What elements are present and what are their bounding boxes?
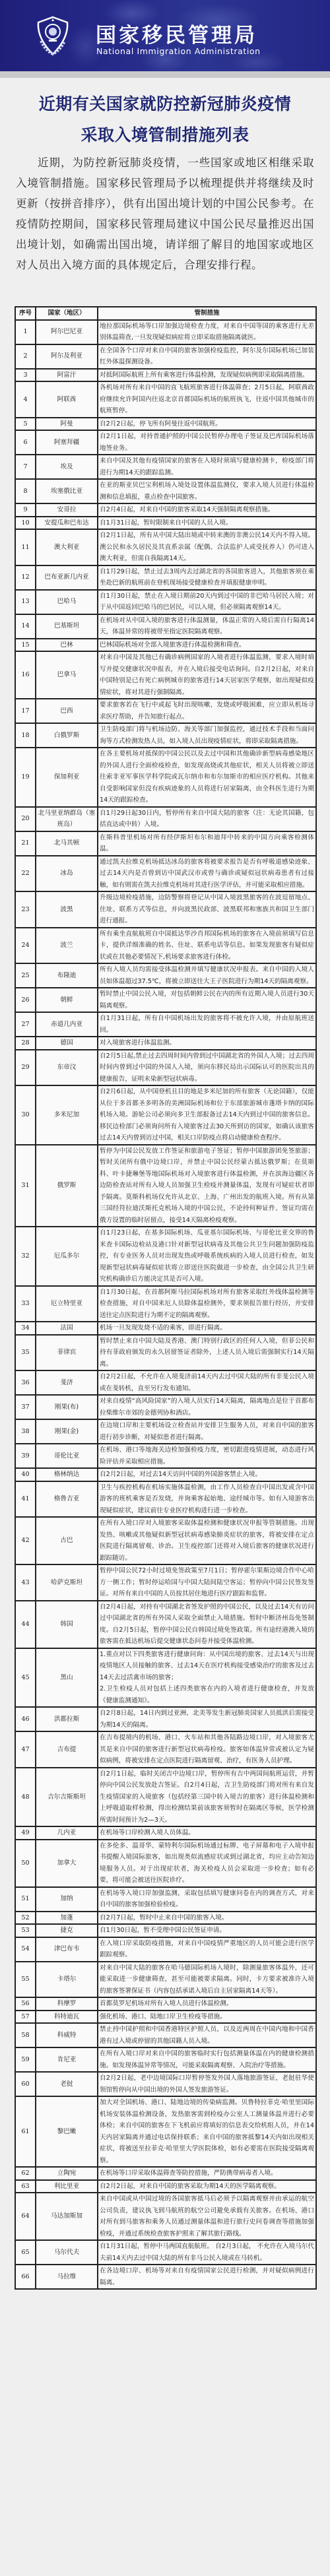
row-number: 32 [15,1227,36,1286]
row-country: 东帝汶 [36,1050,98,1086]
row-number: 6 [15,430,36,455]
row-country: 多米尼加 [36,1085,98,1145]
entry-measures-table: 序号 国家（地区） 管制措施 1阿尔巴尼亚地拉那国际机场等口岸加强边境检查力度，… [15,306,317,2290]
table-row: 46洪都拉斯自2月8日起，14日内到过亚洲、北美等发生新冠肺炎国家人员抵洪后需接… [15,1707,316,1731]
table-row: 4阿联酋各机场对所有来自中国的直飞航班旅客进行体温筛查；2月5日起，阿联酋政府继… [15,381,316,418]
table-row: 47吉布提在吉布提境内的机场、港口、火车站和其他各陆路边境口岸，对入境旅客尤其是… [15,1731,316,1768]
row-country: 科摩罗 [36,1997,98,2011]
row-country: 马尔代夫 [36,2240,98,2265]
table-row: 38刚果(金)在边境口岸和主要机场设立检查站并安排卫生服务人员，对来自中国的旅客… [15,1419,316,1444]
row-country: 厄立特里亚 [36,1286,98,1322]
row-measure: 自2月4日起，对持有中国湖北省签发护照的中国公民，以及过去14天有访问过中国湖北… [98,1601,316,1648]
table-row: 24波兰所有乘坐直航航班自中国抵达华沙肖邦国际机场的旅客在入境前须填写信息卡，提… [15,928,316,964]
row-measure: 在吉布提境内的机场、港口、火车站和其他各陆路边境口岸，对入境旅客尤其是来自中国的… [98,1731,316,1768]
row-country: 俄罗斯 [36,1145,98,1227]
row-measure: 自2月2日起，不允许在入境斐济前14天内去过中国大陆的所有非斐公民入境或在斐转机… [98,1370,316,1395]
header-country: 国家（地区） [36,307,98,320]
row-country: 安哥拉 [36,503,98,517]
row-number: 50 [15,1840,36,1887]
table-row: 33厄立特里亚自1月30日起，在首都阿斯马拉国际机场对所有旅客采取红外线体温检测… [15,1286,316,1322]
table-row: 10安提瓜和巴布达自1月31日起，暂时限制来自中国的人员入境。 [15,517,316,530]
row-country: 刚果(金) [36,1419,98,1444]
row-measure: 自1月30日起，禁止在入境日期前20天内到过中国的非巴哈马居民入境；对于从中国返… [98,590,316,614]
row-country: 科特迪瓦 [36,2011,98,2024]
row-measure: 暂时禁止中国公民入境，对包括朝鲜公民在内的所有近期入境人员进行30天隔离观察。 [98,988,316,1012]
row-measure: 来自中国及其他有疫情国家的旅客在入境时须填写健康检测卡，检疫部门将进行为期14天… [98,455,316,479]
row-measure: 自2月1日起，临时关闭吉中边境口岸，暂停所有吉中两国间航班运营，并暂停向中国公民… [98,1768,316,1827]
row-number: 2 [15,344,36,369]
row-measure: 自2月8日起，14日内到过亚洲、北美等发生新冠肺炎国家人员抵洪后需接受为期14天… [98,1707,316,1731]
row-measure: 所有入境人员均需接受体温检测并填写健康状况申报表。来自中国的入境人员如体温超过3… [98,963,316,988]
table-row: 48吉尔吉斯斯坦自2月1日起，临时关闭吉中边境口岸，暂停所有吉中两国间航班运营，… [15,1768,316,1827]
row-number: 10 [15,517,36,530]
table-row: 40格林纳达自2月2日起，对过去14天访问中国的外国游客禁止入境。 [15,1468,316,1481]
row-number: 27 [15,1012,36,1037]
table-row: 32厄瓜多尔自1月23日起，在基多国际机场、瓜亚基尔国际机场、与哥伦比亚交界的鲁… [15,1227,316,1286]
row-measure: 机场一旦发现发烧不适的乘客，即进行隔离。 [98,1322,316,1335]
row-measure: 对来自中国及其他已有确诊病例国家的入境者进行体温监测，要求入境时填写并提交健康状… [98,651,316,699]
row-number: 16 [15,651,36,699]
table-row: 37刚果(布)对来自疫情“高风险国家”的入境人员实行14天隔离，隔离地点是位于首… [15,1395,316,1419]
table-row: 35菲律宾暂时禁止来自中国大陆及香港、澳门特别行政区的任何人入境，但菲公民和持有… [15,1335,316,1371]
row-country: 古巴 [36,1517,98,1564]
row-number: 49 [15,1826,36,1840]
row-number: 66 [15,2265,36,2289]
row-country: 立陶宛 [36,2167,98,2180]
row-country: 巴拿马 [36,651,98,699]
header-banner: 国家移民管理局 National Immigration Administrat… [0,0,330,71]
row-country: 巴西 [36,699,98,723]
row-number: 11 [15,529,36,565]
row-country: 巴基斯坦 [36,614,98,639]
row-measure: 在机场、港口等地海关边检加强检疫力度，密切跟进疫情进展，动态进行风险评估并采取相… [98,1444,316,1468]
table-row: 66马拉维在各边境口岸、机场等对来自有疫情国家公民进行检测，并对疑似病例进行隔离… [15,2265,316,2289]
row-measure: 在所有入境口岸对来自中国的旅客临时实行包括测量体温在内的健康检测措施。如发现体温… [98,2047,316,2072]
table-row: 27赤道几内亚自1月31日起，所有自中国机场出发的旅客将不被允许入境，并由原航班… [15,1012,316,1037]
table-row: 56科摩罗首都莫罗尼机场对所有入境人员进行体温检测。 [15,1997,316,2011]
row-measure: 自1月30日起，暂不受理中国公民签证申请。 [98,1924,316,1937]
table-row: 7埃及来自中国及其他有疫情国家的旅客在入境时须填写健康检测卡，检疫部门将进行为期… [15,455,316,479]
row-number: 51 [15,1887,36,1912]
row-country: 埃及 [36,455,98,479]
row-number: 44 [15,1601,36,1648]
table-row: 19保加利亚在各主要机场对抵保的中国公民以及去过中国和其他确诊新型病毒感染地区的… [15,748,316,807]
row-number: 25 [15,963,36,988]
table-row: 16巴拿马对来自中国及其他已有确诊病例国家的入境者进行体温监测，要求入境时填写并… [15,651,316,699]
row-country: 加纳 [36,1887,98,1912]
row-country: 刚果(布) [36,1395,98,1419]
table-row: 20北马里亚纳群岛（塞班岛）自1月29日起30日内，暂停所有来自中国大陆的旅客（… [15,807,316,831]
row-measure: 自1月29日起30日内，暂停所有来自中国大陆的旅客（注：无论其国籍，包括直达或中… [98,807,316,831]
row-number: 15 [15,639,36,652]
row-number: 46 [15,1707,36,1731]
row-country: 马达加斯加 [36,2193,98,2240]
row-country: 黑山 [36,1648,98,1708]
table-row: 18白俄罗斯卫生防疫部门将与机场边防、海关等部门加强监控，通过技术手段和当面问询… [15,723,316,748]
row-measure: 对抵阿国际航班上所有乘客进行体温检测，发现疑似病例即采取隔离措施。 [98,369,316,382]
table-row: 63利比里亚自2月2日起，对来自中国的旅客采取为期14天的医学隔离观察。 [15,2180,316,2193]
row-number: 8 [15,479,36,503]
row-country: 北马其顿 [36,831,98,856]
row-number: 9 [15,503,36,517]
table-row: 58科威特禁止持中国护照和中国香港特区护照人员，以及近两周在中国内地和中国香港有… [15,2023,316,2047]
row-measure: 来自中国或从中国过境的各国旅客抵马后必须予以隔离观察并由承运的航空公司负责，建议… [98,2193,316,2240]
row-measure: 暂停为中国公民发放工作签证和旅游电子签证；暂停中国旅游团免签旅游；暂时关闭所有俄… [98,1145,316,1227]
table-row: 2阿尔及利亚在全国各个口岸对来自中国的旅客加强检疫监控，阿尔及尔国际机场已加装红… [15,344,316,369]
row-measure: 所有乘坐直航航班自中国抵达华沙肖邦国际机场的旅客在入境前须填写信息卡，提供详细准… [98,928,316,964]
row-number: 22 [15,856,36,892]
row-number: 5 [15,418,36,431]
row-number: 41 [15,1481,36,1518]
table-row: 3阿富汗对抵阿国际航班上所有乘客进行体温检测，发现疑似病例即采取隔离措施。 [15,369,316,382]
row-measure: 在边境口岸和主要机场设立检查站并安排卫生服务人员，对来自中国的旅客进行初步诊断，… [98,1419,316,1444]
row-number: 60 [15,2072,36,2096]
row-number: 65 [15,2240,36,2265]
row-measure: 对入境旅客进行体温监测。 [98,1037,316,1050]
row-country: 阿曼 [36,418,98,431]
table-row: 64马达加斯加来自中国或从中国过境的各国旅客抵马后必须予以隔离观察并由承运的航空… [15,2193,316,2240]
row-measure: 在各边境口岸、机场等对来自有疫情国家公民进行检测，并对疑似病例进行隔离。 [98,2265,316,2289]
table-row: 5阿曼自2月2日起，停飞所有阿曼往返中国航班。 [15,418,316,431]
row-number: 21 [15,831,36,856]
row-number: 53 [15,1924,36,1937]
row-country: 阿塞拜疆 [36,430,98,455]
row-number: 20 [15,807,36,831]
row-measure: 通过凯夫拉维克机场抵达冰岛的旅客将被要求报告是否有呼吸道感染迹象、过去14天内是… [98,856,316,892]
table-row: 50加拿大在多伦多、温哥华、蒙特利尔国际机场通过标牌、电子屏幕和电子入境申报书提… [15,1840,316,1887]
row-measure: 自1月31日起，所有自中国机场出发的旅客将不被允许入境，并由原航班送回。 [98,1012,316,1037]
row-number: 61 [15,2096,36,2167]
table-row: 65马尔代夫自1月31日起，暂停中马两国直航航班。 自2月3日起， 不允许在入境… [15,2240,316,2265]
row-country: 菲律宾 [36,1335,98,1371]
row-country: 波兰 [36,928,98,964]
row-country: 冰岛 [36,856,98,892]
row-country: 格鲁吉亚 [36,1481,98,1518]
row-country: 巴布亚新几内亚 [36,565,98,590]
row-number: 39 [15,1444,36,1468]
row-measure: 加大对全国机场、港口、陆地边境的传染病监测。贝鲁特拉菲克·哈里里国际机场安装体温… [98,2096,316,2167]
row-country: 卡塔尔 [36,1962,98,1998]
row-country: 吉尔吉斯斯坦 [36,1768,98,1827]
row-measure: 自2月1日起，所有从中国大陆出境或中转来澳的非澳公民14天内不得入境。澳公民和永… [98,529,316,565]
row-country: 科威特 [36,2023,98,2047]
row-number: 45 [15,1648,36,1708]
agency-name-english: National Immigration Administration [96,46,261,56]
table-row: 60老挝自2月2日起，老中边境国际口岸暂停签发外国人落地旅游签证，老挝驻华使领馆… [15,2072,316,2096]
table-row: 49几内亚在机场等口岸检测入境人员体温。 [15,1826,316,1840]
table-row: 15巴林巴林国际机场对全部入境旅客进行体温检测和筛查。 [15,639,316,652]
row-measure: 自1月23日起，在基多国际机场、瓜亚基尔国际机场、与哥伦比亚交界的鲁米查卡国际边… [98,1227,316,1286]
row-measure: 在机场等口岸检测入境人员体温。 [98,1826,316,1840]
row-number: 62 [15,2167,36,2180]
row-number: 17 [15,699,36,723]
row-country: 老挝 [36,2072,98,2096]
table-row: 23波黑升级边境检疫措施，边防警察将登记从中国入境波黑旅客的在波逗留地点、住址、… [15,891,316,928]
header-measure: 管制措施 [98,307,316,320]
row-measure: 在入境口岸采取防疫措施，对来自中国疫情严重地区的人员可能会进行医学跟踪观察。 [98,1937,316,1962]
row-country: 德国 [36,1037,98,1050]
table-row: 9安哥拉自2月4日起，对来自中国的旅客采取14天强制隔离观察措施。 [15,503,316,517]
row-measure: 自1月31日起，暂时限制来自中国的人员入境。 [98,517,316,530]
row-number: 12 [15,565,36,590]
header-no: 序号 [15,307,36,320]
row-number: 52 [15,1912,36,1925]
row-measure: 首都莫罗尼机场对所有入境人员进行体温检测。 [98,1997,316,2011]
row-measure: 对来自中国大陆的旅客在哈马德国际机场入境时，除测量旅客体温外，还可能采取进一步健… [98,1962,316,1998]
row-country: 安提瓜和巴布达 [36,517,98,530]
row-measure: 自2月2日起，停飞所有阿曼往返中国航班。 [98,418,316,431]
row-number: 48 [15,1768,36,1827]
table-row: 14巴基斯坦在机场对从中国入境的旅客进行体温测量，体温正常的入境后需自行隔离14… [15,614,316,639]
row-measure: 在斯科普里机场对所有经伊斯坦布尔和迪拜中转来的中国方向乘客检测体温。 [98,831,316,856]
row-number: 47 [15,1731,36,1768]
page-title-line-1: 近期有关国家就防控新冠肺炎疫情 [0,96,330,112]
table-row: 12巴布亚新几内亚自1月29日起，禁止过去3周内去过湖北省的各国旅客进入，其他旅… [15,565,316,590]
row-measure: 自1月31日起，暂停中马两国直航航班。 自2月3日起， 不允许在入境马尔代夫前1… [98,2240,316,2265]
row-number: 35 [15,1335,36,1371]
row-country: 马拉维 [36,2265,98,2289]
row-number: 26 [15,988,36,1012]
row-measure: 暂停中国公民72小时过境免签政策至7月1日；暂停霍尔果斯边境合作中心哈方一侧工作… [98,1564,316,1601]
table-row: 42古巴在所有入境口岸对入境旅客采取体温检测和健康状况申报等管制措施。出现发热、… [15,1517,316,1564]
row-number: 56 [15,1997,36,2011]
row-number: 33 [15,1286,36,1322]
table-row: 53捷克自1月30日起，暂不受理中国公民签证申请。 [15,1924,316,1937]
table-row: 43哈萨克斯坦暂停中国公民72小时过境免签政策至7月1日；暂停霍尔果斯边境合作中… [15,1564,316,1601]
table-row: 21北马其顿在斯科普里机场对所有经伊斯坦布尔和迪拜中转来的中国方向乘客检测体温。 [15,831,316,856]
row-country: 巴林 [36,639,98,652]
row-measure: 自2月2日起，对过去14天访问中国的外国游客禁止入境。 [98,1468,316,1481]
page-title-line-2: 采取入境管制措施列表 [0,127,330,143]
table-row: 39哥伦比亚在机场、港口等地海关边检加强检疫力度，密切跟进疫情进展，动态进行风险… [15,1444,316,1468]
row-country: 格林纳达 [36,1468,98,1481]
row-country: 阿尔及利亚 [36,344,98,369]
row-number: 57 [15,2011,36,2024]
row-measure: 在所有入境口岸对入境旅客采取体温检测和健康状况申报等管制措施。出现发热、咳嗽或其… [98,1517,316,1564]
row-measure: 在各主要机场对抵保的中国公民以及去过中国和其他确诊新型病毒感染地区的外国人进行全… [98,748,316,807]
table-row: 31俄罗斯暂停为中国公民发放工作签证和旅游电子签证；暂停中国旅游团免签旅游；暂时… [15,1145,316,1227]
row-number: 18 [15,723,36,748]
row-country: 朝鲜 [36,988,98,1012]
row-country: 利比里亚 [36,2180,98,2193]
row-measure: 要求旅客若在飞行中或起飞时出现咳嗽、发烧或呼吸困难，应立即从机场寻求医疗帮助，并… [98,699,316,723]
row-country: 法国 [36,1322,98,1335]
row-country: 津巴布韦 [36,1937,98,1962]
row-number: 40 [15,1468,36,1481]
row-number: 54 [15,1937,36,1962]
row-number: 55 [15,1962,36,1998]
row-country: 保加利亚 [36,748,98,807]
table-row: 62立陶宛在机场等口岸采取体温筛查等防控措施，严防携带病毒者入境。 [15,2167,316,2180]
row-measure: 自2月5日起,禁止过去四周时间内曾到过中国湖北省的外国人入境；过去四周时间内曾到… [98,1050,316,1086]
row-country: 捷克 [36,1924,98,1937]
row-measure: 地拉那国际机场等口岸加强边境检查力度，对来自中国等国的乘客进行无差别体温筛查,一… [98,320,316,344]
table-body: 1阿尔巴尼亚地拉那国际机场等口岸加强边境检查力度，对来自中国等国的乘客进行无差别… [15,320,316,2290]
row-country: 巴哈马 [36,590,98,614]
row-country: 波黑 [36,891,98,928]
table-row: 57科特迪瓦强化机场、港口、陆地口岸卫生检疫等措施。 [15,2011,316,2024]
row-country: 厄瓜多尔 [36,1227,98,1286]
row-measure: 自2月4日起，对来自中国的旅客采取14天强制隔离观察措施。 [98,503,316,517]
row-measure: 在机场等口岸采取体温筛查等防控措施，严防携带病毒者入境。 [98,2167,316,2180]
row-number: 42 [15,1517,36,1564]
table-row: 25布隆迪所有入境人员均需接受体温检测并填写健康状况申报表。来自中国的入境人员如… [15,963,316,988]
table-row: 8埃塞俄比亚在亚的斯亚贝巴宝利机场入境处设置体温监测仪，要求入境人员进行体温检测… [15,479,316,503]
row-measure: 在亚的斯亚贝巴宝利机场入境处设置体温监测仪，要求入境人员进行体温检测和信息填报，… [98,479,316,503]
row-country: 加蓬 [36,1912,98,1925]
table-row: 41格鲁吉亚卫生与疾控机构在机场实施体温检测，由工作人员检查自中国出发或含中国游… [15,1481,316,1518]
row-number: 59 [15,2047,36,2072]
table-row: 22冰岛通过凯夫拉维克机场抵达冰岛的旅客将被要求报告是否有呼吸道感染迹象、过去1… [15,856,316,892]
row-measure: 卫生防疫部门将与机场边防、海关等部门加强监控，通过技术手段和当面问询等方式检测发… [98,723,316,748]
row-number: 63 [15,2180,36,2193]
row-number: 36 [15,1370,36,1395]
table-row: 59肯尼亚在所有入境口岸对来自中国的旅客临时实行包括测量体温在内的健康检测措施。… [15,2047,316,2072]
agency-name: 国家移民管理局 [96,18,257,48]
row-country: 吉布提 [36,1731,98,1768]
table-row: 44韩国自2月4日起，对持有中国湖北省签发护照的中国公民，以及过去14天有访问过… [15,1601,316,1648]
table-header-row: 序号 国家（地区） 管制措施 [15,307,316,320]
row-number: 13 [15,590,36,614]
table-row: 55卡塔尔对来自中国大陆的旅客在哈马德国际机场入境时，除测量旅客体温外，还可能采… [15,1962,316,1998]
intro-paragraph: 近期，为防控新冠肺炎疫情，一些国家或地区相继采取入境管制措施。国家移民管理局予以… [16,152,314,275]
row-country: 黎巴嫩 [36,2096,98,2167]
row-number: 14 [15,614,36,639]
row-number: 7 [15,455,36,479]
row-country: 白俄罗斯 [36,723,98,748]
row-measure: 对来自疫情“高风险国家”的入境人员实行14天隔离，隔离地点是位于首都布拉柴维尔市… [98,1395,316,1419]
table-row: 52加蓬自2月7日起，暂时中止来自中国的旅客入境。 [15,1912,316,1925]
row-number: 4 [15,381,36,418]
row-measure: 各机场对所有来自中国的直飞航班旅客进行体温筛查；2月5日起，阿联酋政府继续允许阿… [98,381,316,418]
row-country: 哥伦比亚 [36,1444,98,1468]
row-country: 哈萨克斯坦 [36,1564,98,1601]
row-number: 28 [15,1037,36,1050]
row-country: 埃塞俄比亚 [36,479,98,503]
row-country: 几内亚 [36,1826,98,1840]
table-row: 17巴西要求旅客若在飞行中或起飞时出现咳嗽、发烧或呼吸困难，应立即从机场寻求医疗… [15,699,316,723]
row-number: 64 [15,2193,36,2240]
row-number: 3 [15,369,36,382]
row-measure: 自2月1日起，对持普通护照的中国公民暂停办理电子签证及巴库国际机场落地签业务。 [98,430,316,455]
row-country: 阿富汗 [36,369,98,382]
table-row: 13巴哈马自1月30日起，禁止在入境日期前20天内到过中国的非巴哈马居民入境；对… [15,590,316,614]
row-measure: 在机场对从中国入境的旅客进行体温测量，体温正常的入境后需自行隔离14天，体温异常… [98,614,316,639]
row-measure: 暂时禁止来自中国大陆及香港、澳门特别行政区的任何人入境，但菲公民和持有菲政府颁发… [98,1335,316,1371]
divider-strip [0,71,330,78]
row-measure: 自1月30日起，在首都阿斯马拉国际机场对所有旅客采取红外线体温检测等检查措施，对… [98,1286,316,1322]
row-measure: 自2月7日起，暂时中止来自中国的旅客入境。 [98,1912,316,1925]
table-row: 6阿塞拜疆自2月1日起，对持普通护照的中国公民暂停办理电子签证及巴库国际机场落地… [15,430,316,455]
row-number: 31 [15,1145,36,1227]
row-number: 34 [15,1322,36,1335]
row-measure: 在全国各个口岸对来自中国的旅客加强检疫监控，阿尔及尔国际机场已加装红外体温探测设… [98,344,316,369]
row-country: 赤道几内亚 [36,1012,98,1037]
row-measure: 自2月2日起，老中边境国际口岸暂停签发外国人落地旅游签证，老挝驻华使领馆暂停向从… [98,2072,316,2096]
row-measure: 自2月6日起，从中国登机且目的地是多米尼加的所有旅客（无论国籍），仅能从位于多首… [98,1085,316,1145]
row-measure: 自2月2日起，对来自中国的旅客采取为期14天的医学隔离观察。 [98,2180,316,2193]
row-country: 阿联酋 [36,381,98,418]
row-measure: 强化机场、港口、陆地口岸卫生检疫等措施。 [98,2011,316,2024]
row-number: 43 [15,1564,36,1601]
table-row: 1阿尔巴尼亚地拉那国际机场等口岸加强边境检查力度，对来自中国等国的乘客进行无差别… [15,320,316,344]
table-row: 30多米尼加自2月6日起，从中国登机且目的地是多米尼加的所有旅客（无论国籍），仅… [15,1085,316,1145]
row-country: 阿尔巴尼亚 [36,320,98,344]
row-number: 38 [15,1419,36,1444]
row-number: 24 [15,928,36,964]
row-measure: 在机场等入境口岸加强监测，采取包括填写健康问卷在内的调查方式，对来自中国的旅客加… [98,1887,316,1912]
table-row: 45黑山1.重点对以下四类旅客进行健康问询：从中国出境的旅客、过去14天与出现疫… [15,1648,316,1708]
row-number: 23 [15,891,36,928]
row-measure: 巴林国际机场对全部入境旅客进行体温检测和筛查。 [98,639,316,652]
police-emblem-icon [32,15,74,57]
row-number: 37 [15,1395,36,1419]
table-row: 34法国机场一旦发现发烧不适的乘客，即进行隔离。 [15,1322,316,1335]
row-measure: 在多伦多、温哥华、蒙特利尔国际机场通过标牌、电子屏幕和电子入境申报书提醒入境国际… [98,1840,316,1887]
table-row: 51加纳在机场等入境口岸加强监测，采取包括填写健康问卷在内的调查方式，对来自中国… [15,1887,316,1912]
row-number: 29 [15,1050,36,1086]
table-row: 28德国对入境旅客进行体温监测。 [15,1037,316,1050]
row-country: 洪都拉斯 [36,1707,98,1731]
row-measure: 自1月29日起，禁止过去3周内去过湖北省的各国旅客进入，其他旅客须在乘坐赴巴新的… [98,565,316,590]
row-country: 北马里亚纳群岛（塞班岛） [36,807,98,831]
row-measure: 卫生与疾控机构在机场实施体温检测，由工作人员检查自中国出发或含中国游客的班机乘客… [98,1481,316,1518]
table-row: 29东帝汶自2月5日起,禁止过去四周时间内曾到过中国湖北省的外国人入境；过去四周… [15,1050,316,1086]
row-measure: 升级边境检疫措施，边防警察将登记从中国入境波黑旅客的在波逗留地点、住址、联系方式… [98,891,316,928]
row-country: 斐济 [36,1370,98,1395]
row-number: 1 [15,320,36,344]
table-row: 36斐济自2月2日起，不允许在入境斐济前14天内去过中国大陆的所有非斐公民入境或… [15,1370,316,1395]
table-row: 61黎巴嫩加大对全国机场、港口、陆地边境的传染病监测。贝鲁特拉菲克·哈里里国际机… [15,2096,316,2167]
row-number: 19 [15,748,36,807]
row-country: 澳大利亚 [36,529,98,565]
table-row: 54津巴布韦在入境口岸采取防疫措施，对来自中国疫情严重地区的人员可能会进行医学跟… [15,1937,316,1962]
row-country: 韩国 [36,1601,98,1648]
table-row: 26朝鲜暂时禁止中国公民入境，对包括朝鲜公民在内的所有近期入境人员进行30天隔离… [15,988,316,1012]
row-country: 加拿大 [36,1840,98,1887]
row-number: 58 [15,2023,36,2047]
row-country: 肯尼亚 [36,2047,98,2072]
table-row: 11澳大利亚自2月1日起，所有从中国大陆出境或中转来澳的非澳公民14天内不得入境… [15,529,316,565]
row-number: 30 [15,1085,36,1145]
row-country: 布隆迪 [36,963,98,988]
row-measure: 1.重点对以下四类旅客进行健康问询：从中国出境的旅客、过去14天与出现疫情地区人… [98,1648,316,1708]
row-measure: 禁止持中国护照和中国香港特区护照人员，以及近两周在中国内地和中国香港有过入境或停… [98,2023,316,2047]
